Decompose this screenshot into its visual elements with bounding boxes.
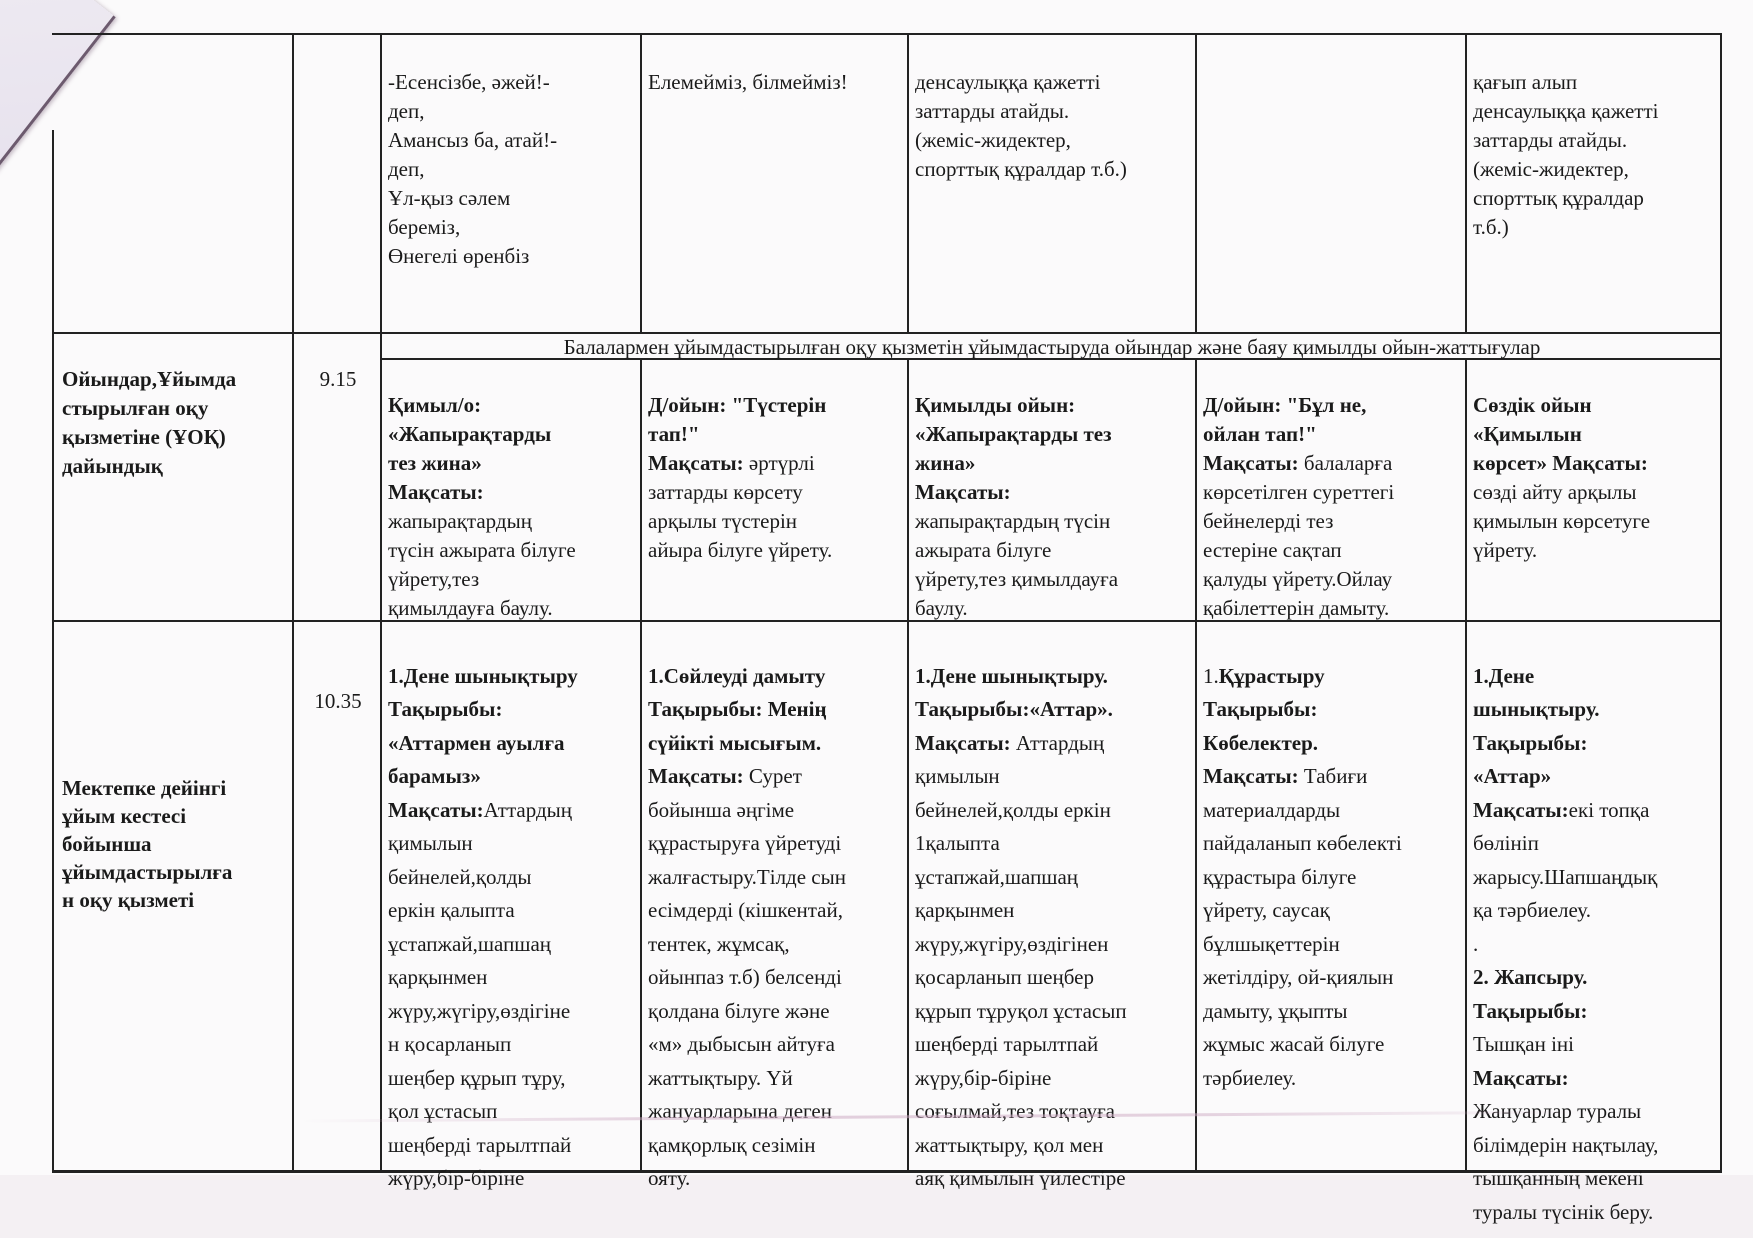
cell-text: Жануарлар туралы білімдерін нақтылау, ты… xyxy=(1473,1099,1658,1224)
time-cell-10-35: 10.35 xyxy=(294,656,380,716)
cell-text: Елемейміз, білмейміз! xyxy=(648,70,848,94)
cell-text: Сурет бойынша әңгіме құрастыруға үйретуд… xyxy=(648,764,846,1190)
cell-bold-text: Қимыл/о: «Жапырақтарды тез жина» Мақсаты… xyxy=(388,393,551,504)
cell-text: Табиғи материалдарды пайдаланып көбелект… xyxy=(1203,764,1402,1090)
cell-bold-text: Қимылды ойын: «Жапырақтарды тез жина» Ма… xyxy=(915,393,1112,504)
cell-text: Аттардың қимылын бейнелей,қолды еркін қа… xyxy=(388,798,572,1191)
cell-text: денсаулыққа қажетті заттарды атайды. (же… xyxy=(915,70,1127,181)
table-cell-r1-c1: -Есенсізбе, әжей!- деп, Амансыз ба, атай… xyxy=(382,37,640,271)
table-cell-r2-c2: Д/ойын: "Түстерін тап!" Мақсаты: әртүрлі… xyxy=(642,360,907,565)
table-cell-r1-c4 xyxy=(1197,37,1465,97)
table-cell-r3-c5: 1.Дене шынықтыру. Тақырыбы: «Аттар» Мақс… xyxy=(1467,624,1720,1229)
table-cell-r3-c1: 1.Дене шынықтыру Тақырыбы: «Аттармен ауы… xyxy=(382,624,640,1196)
table-border-right xyxy=(1720,33,1722,1172)
section-text: Мектепке дейінгі ұйым кестесі бойынша ұй… xyxy=(62,776,232,912)
table-cell-r3-c2: 1.Сөйлеуді дамыту Тақырыбы: Менің сүйікт… xyxy=(642,624,907,1196)
cell-bold-text: 2. Жапсыру. Тақырыбы: xyxy=(1473,965,1587,1023)
cell-text: жапырақтардың түсін ажырата білуге үйрет… xyxy=(388,509,576,620)
table-cell-r1-c3: денсаулыққа қажетті заттарды атайды. (же… xyxy=(909,37,1195,184)
folded-page-corner xyxy=(0,0,116,277)
table-border-top xyxy=(52,33,1722,35)
row-divider xyxy=(52,620,1722,622)
cell-text: -Есенсізбе, әжей!- деп, Амансыз ба, атай… xyxy=(388,70,557,268)
cell-text: қағып алып денсаулыққа қажетті заттарды … xyxy=(1473,70,1658,239)
table-cell-r1-c5: қағып алып денсаулыққа қажетті заттарды … xyxy=(1467,37,1720,242)
table-cell-r2-c5: Сөздік ойын «Қимылын көрсет» Мақсаты: сө… xyxy=(1467,360,1720,565)
time-text: 9.15 xyxy=(320,367,357,391)
col-divider xyxy=(292,35,294,1172)
cell-text: Тышқан іні xyxy=(1473,1032,1574,1056)
section-label-games: Ойындар,Ұйымда стырылған оқу қызметіне (… xyxy=(56,334,292,481)
cell-text: сөзді айту арқылы қимылын көрсетуге үйре… xyxy=(1473,480,1650,562)
cell-text: жапырақтардың түсін ажырата білуге үйрет… xyxy=(915,509,1118,620)
section-label-organized-learning: Мектепке дейінгі ұйым кестесі бойынша ұй… xyxy=(56,744,292,914)
section-text: Ойындар,Ұйымда стырылған оқу қызметіне (… xyxy=(62,367,236,478)
cell-bold-text: Сөздік ойын «Қимылын көрсет» Мақсаты: xyxy=(1473,393,1648,475)
banner-text: Балалармен ұйымдастырылған оқу қызметін … xyxy=(564,335,1541,359)
cell-text: 1. xyxy=(1203,664,1219,688)
table-cell-r2-c3: Қимылды ойын: «Жапырақтарды тез жина» Ма… xyxy=(909,360,1195,623)
table-cell-r3-c3: 1.Дене шынықтыру. Тақырыбы:«Аттар». Мақс… xyxy=(909,624,1195,1196)
table-cell-r1-c2: Елемейміз, білмейміз! xyxy=(642,37,907,97)
table-cell-r2-c4: Д/ойын: "Бұл не, ойлан тап!" Мақсаты: ба… xyxy=(1197,360,1465,623)
cell-text: балаларға көрсетілген суреттегі бейнелер… xyxy=(1203,451,1394,620)
time-text: 10.35 xyxy=(314,689,361,713)
activity-banner: Балалармен ұйымдастырылған оқу қызметін … xyxy=(382,331,1720,362)
table-cell-r3-c4: 1.Құрастыру Тақырыбы: Көбелектер. Мақсат… xyxy=(1197,624,1465,1095)
table-border-left xyxy=(52,130,54,1172)
cell-bold-text: Мақсаты: xyxy=(1473,1066,1569,1090)
cell-text: Аттардың қимылын бейнелей,қолды еркін 1қ… xyxy=(915,731,1127,1191)
table-cell-r2-c1: Қимыл/о: «Жапырақтарды тез жина» Мақсаты… xyxy=(382,360,640,623)
time-cell-9-15: 9.15 xyxy=(294,334,380,394)
